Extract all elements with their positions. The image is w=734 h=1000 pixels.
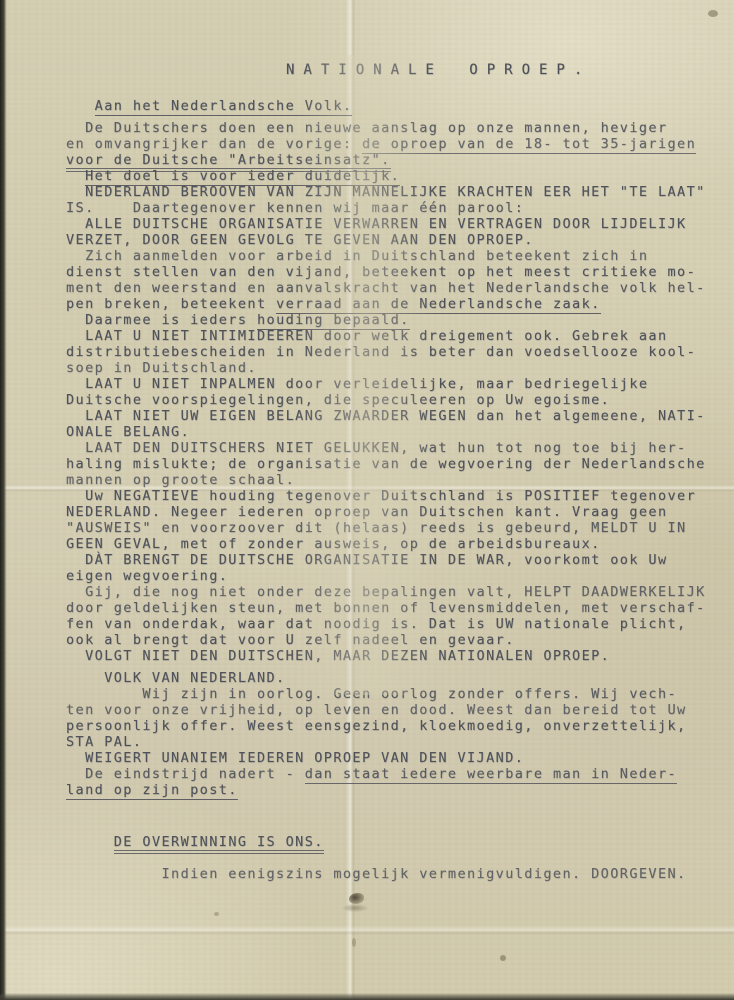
document-line: eigen wegvoering. [66, 568, 716, 584]
document-line: haling mislukte; de organisatie van de w… [66, 456, 716, 472]
document-line: DE OVERWINNING IS ONS. [66, 834, 716, 850]
text-segment: ment den weerstand en aanvalskracht van … [66, 280, 706, 296]
text-segment: IS. Daartegenover kennen wij maar één pa… [66, 200, 524, 216]
text-segment: en omvangrijker dan de vorige: [66, 136, 362, 152]
document-line: Duitsche voorspiegelingen, die speculeer… [66, 392, 716, 408]
text-segment: Indien eenigszins mogelijk vermenigvuldi… [66, 866, 687, 882]
document-line: ment den weerstand en aanvalskracht van … [66, 280, 716, 296]
document-line: door geldelijken steun, met bonnen of le… [66, 600, 716, 616]
text-segment: Aan het Nederlandsche Volk. [95, 98, 353, 116]
text-segment: houding bepaald. [257, 312, 410, 330]
document-line: VOLGT NIET DEN DUITSCHEN, MAAR DEZEN NAT… [66, 648, 716, 664]
text-segment: Gij, die nog niet onder deze bepalingen … [66, 584, 706, 600]
text-segment: DE OVERWINNING IS ONS. [114, 834, 324, 854]
text-segment: dan staat iedere weerbare man in Neder- [305, 766, 677, 784]
text-segment: land op zijn post. [66, 782, 238, 800]
ink-stain [349, 893, 364, 904]
text-segment: de oproep van de 18- tot 35-jarigen [362, 136, 696, 154]
document-line: Aan het Nederlandsche Volk. [66, 98, 716, 114]
document-line: Indien eenigszins mogelijk vermenigvuldi… [66, 866, 716, 882]
document-line: De Duitschers doen een nieuwe aanslag op… [66, 120, 716, 136]
document-line: ook al brengt dat voor U zelf nadeel en … [66, 632, 716, 648]
document-line: WEIGERT UNANIEM IEDEREN OPROEP VAN DEN V… [66, 750, 716, 766]
text-segment: persoonlijk offer. Weest eensgezind, klo… [66, 718, 687, 734]
text-segment: Duitsche voorspiegelingen, die speculeer… [66, 392, 610, 408]
text-segment: fen van onderdak, waar dat noodig is. Da… [66, 616, 687, 632]
document-line: soep in Duitschland. [66, 360, 716, 376]
text-segment: ONALE BELANG. [66, 424, 190, 440]
document-line: voor de Duitsche "Arbeitseinsatz". [66, 152, 716, 168]
document-lines: Aan het Nederlandsche Volk. De Duitscher… [66, 98, 716, 882]
text-segment [66, 834, 114, 850]
document-line: IS. Daartegenover kennen wij maar één pa… [66, 200, 716, 216]
document-line: ONALE BELANG. [66, 424, 716, 440]
text-segment: NEDERLAND. Negeer iederen oproep van Dui… [66, 504, 668, 520]
scan-edge-left [0, 0, 7, 1000]
fold-crease-horizontal-bottom [0, 926, 734, 935]
document-line: NEDERLAND. Negeer iederen oproep van Dui… [66, 504, 716, 520]
document-line: mannen op groote schaal. [66, 472, 716, 488]
text-segment: Zich aanmelden voor arbeid in Duitschlan… [66, 248, 648, 264]
document-line: LAAT NIET UW EIGEN BELANG ZWAARDER WEGEN… [66, 408, 716, 424]
text-segment: De eindstrijd nadert - [66, 766, 305, 782]
text-segment: eigen wegvoering. [66, 568, 228, 584]
document-title: NATIONALE OPROEP. [286, 62, 716, 78]
document-line: en omvangrijker dan de vorige: de oproep… [66, 136, 716, 152]
document-line: LAAT U NIET INTIMIDEEREN door welk dreig… [66, 328, 716, 344]
document-line: pen breken, beteekent verraad aan de Ned… [66, 296, 716, 312]
document-line: distributiebescheiden in Nederland is be… [66, 344, 716, 360]
text-segment: distributiebescheiden in Nederland is be… [66, 344, 696, 360]
document-line: LAAT DEN DUITSCHERS NIET GELUKKEN, wat h… [66, 440, 716, 456]
document-line: VERZET, DOOR GEEN GEVOLG TE GEVEN AAN DE… [66, 232, 716, 248]
document-line: persoonlijk offer. Weest eensgezind, klo… [66, 718, 716, 734]
ink-stain [342, 904, 368, 912]
document-line: DÀT BRENGT DE DUITSCHE ORGANISATIE IN DE… [66, 552, 716, 568]
text-segment: STA PAL. [66, 734, 142, 750]
text-segment: Het doel is voor ieder duidelijk. [85, 168, 400, 186]
document-line: ten voor onze vrijheid, op leven en dood… [66, 702, 716, 718]
text-segment: pen breken, beteekent [66, 296, 276, 312]
text-segment: WEIGERT UNANIEM IEDEREN OPROEP VAN DEN V… [66, 750, 524, 766]
document-line: dienst stellen van den vijand, beteekent… [66, 264, 716, 280]
text-segment: ook al brengt dat voor U zelf nadeel en … [66, 632, 515, 648]
document-line: Zich aanmelden voor arbeid in Duitschlan… [66, 248, 716, 264]
document-line: ALLE DUITSCHE ORGANISATIE VERWARREN EN V… [66, 216, 716, 232]
document-line: "AUSWEIS" en voorzoover dit (helaas) ree… [66, 520, 716, 536]
text-segment: Uw NEGATIEVE houding tegenover Duitschla… [66, 488, 696, 504]
document-line: fen van onderdak, waar dat noodig is. Da… [66, 616, 716, 632]
text-segment: De Duitschers doen een nieuwe aanslag op… [66, 120, 668, 136]
text-segment: GEEN GEVAL, met of zonder ausweis, op de… [66, 536, 601, 552]
text-segment: VOLK VAN NEDERLAND. [66, 670, 286, 686]
document-line: LAAT U NIET INPALMEN door verleidelijke,… [66, 376, 716, 392]
text-segment: door geldelijken steun, met bonnen of le… [66, 600, 706, 616]
text-segment: NEDERLAND BEROOVEN VAN ZIJN MANNELIJKE K… [66, 184, 706, 200]
document-line: NEDERLAND BEROOVEN VAN ZIJN MANNELIJKE K… [66, 184, 716, 200]
document-body: NATIONALE OPROEP. Aan het Nederlandsche … [66, 62, 716, 882]
paper-speck [500, 955, 506, 961]
text-segment: ten voor onze vrijheid, op leven en dood… [66, 702, 687, 718]
text-segment: mannen op groote schaal. [66, 472, 295, 488]
text-segment: LAAT U NIET INPALMEN door verleidelijke,… [66, 376, 648, 392]
text-segment: ALLE DUITSCHE ORGANISATIE VERWARREN EN V… [66, 216, 687, 232]
text-segment: LAAT U NIET INTIMIDEEREN door welk dreig… [66, 328, 668, 344]
document-line: Gij, die nog niet onder deze bepalingen … [66, 584, 716, 600]
document-line: Wij zijn in oorlog. Geen oorlog zonder o… [66, 686, 716, 702]
scan-edge-bottom [0, 993, 734, 1000]
paper-speck [708, 10, 718, 17]
text-segment: Daarmee is ieders [66, 312, 257, 328]
document-line: Het doel is voor ieder duidelijk. [66, 168, 716, 184]
text-segment: Wij zijn in oorlog. Geen oorlog zonder o… [66, 686, 677, 702]
paper-speck [214, 912, 219, 916]
text-segment: VOLGT NIET DEN DUITSCHEN, MAAR DEZEN NAT… [66, 648, 610, 664]
text-segment: "AUSWEIS" en voorzoover dit (helaas) ree… [66, 520, 687, 536]
text-segment: VERZET, DOOR GEEN GEVOLG TE GEVEN AAN DE… [66, 232, 534, 248]
text-segment: LAAT NIET UW EIGEN BELANG ZWAARDER WEGEN… [66, 408, 706, 424]
document-line: land op zijn post. [66, 782, 716, 798]
document-page: NATIONALE OPROEP. Aan het Nederlandsche … [0, 0, 734, 1000]
paper-speck [352, 938, 356, 947]
text-segment: LAAT DEN DUITSCHERS NIET GELUKKEN, wat h… [66, 440, 687, 456]
text-segment [66, 168, 85, 184]
document-line: Daarmee is ieders houding bepaald. [66, 312, 716, 328]
text-segment: verraad aan de Nederlandsche zaak. [276, 296, 601, 314]
text-segment [66, 98, 95, 114]
document-line: Uw NEGATIEVE houding tegenover Duitschla… [66, 488, 716, 504]
document-line: STA PAL. [66, 734, 716, 750]
text-segment: haling mislukte; de organisatie van de w… [66, 456, 706, 472]
text-segment: dienst stellen van den vijand, beteekent… [66, 264, 696, 280]
document-line: De eindstrijd nadert - dan staat iedere … [66, 766, 716, 782]
document-line: VOLK VAN NEDERLAND. [66, 670, 716, 686]
text-segment: soep in Duitschland. [66, 360, 257, 376]
document-line: GEEN GEVAL, met of zonder ausweis, op de… [66, 536, 716, 552]
text-segment: DÀT BRENGT DE DUITSCHE ORGANISATIE IN DE… [66, 552, 668, 568]
